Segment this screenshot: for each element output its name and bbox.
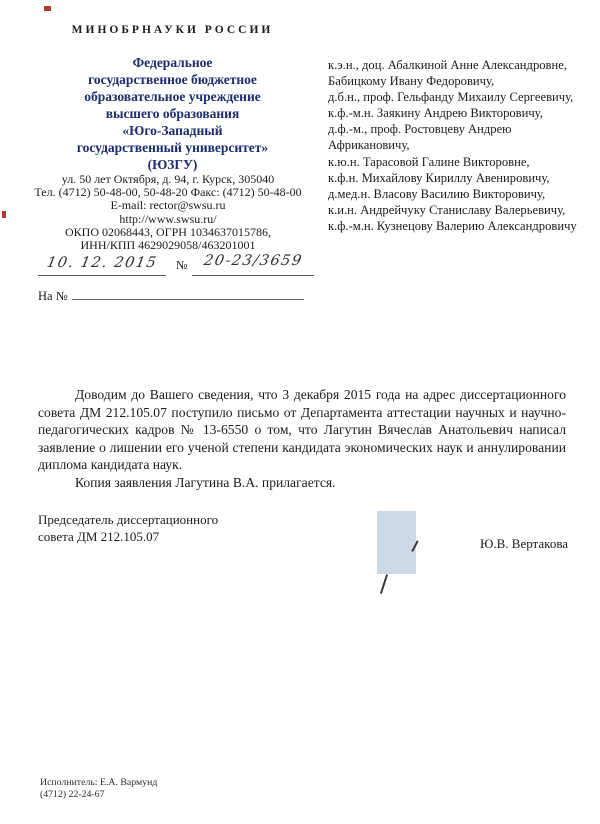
number-sign: № bbox=[176, 258, 187, 273]
signature-title: Председатель диссертационного совета ДМ … bbox=[38, 511, 278, 545]
handwritten-number-text: 20-23/3659 bbox=[202, 253, 303, 269]
recipient-line: к.ф.-м.н. Кузнецову Валерию Александрови… bbox=[328, 218, 590, 234]
address-block: ул. 50 лет Октября, д. 94, г. Курск, 305… bbox=[18, 173, 318, 252]
scan-mark-left bbox=[2, 211, 6, 218]
body-paragraph-1: Доводим до Вашего сведения, что 3 декабр… bbox=[38, 386, 566, 474]
executor-phone: (4712) 22-24-67 bbox=[40, 789, 157, 801]
university-line: Федеральное bbox=[30, 54, 315, 71]
recipient-line: д.ф.-м., проф. Ростовцеву Андрею bbox=[328, 121, 590, 137]
signature-redaction-box bbox=[377, 511, 416, 574]
executor-block: Исполнитель: Е.А. Вармунд (4712) 22-24-6… bbox=[40, 777, 157, 800]
letter-body: Доводим до Вашего сведения, что 3 декабр… bbox=[38, 386, 566, 491]
handwritten-date: 10. 12. 2015 bbox=[38, 254, 166, 276]
reply-blank-line bbox=[72, 286, 304, 300]
executor-name: Исполнитель: Е.А. Вармунд bbox=[40, 777, 157, 789]
handwritten-date-text: 10. 12. 2015 bbox=[45, 255, 158, 271]
recipients-list: к.э.н., доц. Абалкиной Анне Александровн… bbox=[328, 57, 590, 234]
university-line: «Юго-Западный bbox=[30, 122, 315, 139]
recipient-line: к.ф.н. Михайлову Кириллу Авенировичу, bbox=[328, 170, 590, 186]
reply-label: На № bbox=[38, 289, 68, 303]
signature-title-line: Председатель диссертационного bbox=[38, 511, 278, 528]
recipient-line: к.ф.-м.н. Заякину Андрею Викторовичу, bbox=[328, 105, 590, 121]
university-line: высшего образования bbox=[30, 105, 315, 122]
recipient-line: д.б.н., проф. Гельфанду Михаилу Сергееви… bbox=[328, 89, 590, 105]
recipient-line: к.ю.н. Тарасовой Галине Викторовне, bbox=[328, 154, 590, 170]
address-line: http://www.swsu.ru/ bbox=[18, 213, 318, 226]
university-line: (ЮЗГУ) bbox=[30, 156, 315, 173]
signatory-name: Ю.В. Вертакова bbox=[480, 536, 568, 552]
recipient-line: д.мед.н. Власову Василию Викторовичу, bbox=[328, 186, 590, 202]
university-line: государственное бюджетное bbox=[30, 71, 315, 88]
letter-page: МИНОБРНАУКИ РОССИИ Федеральное государст… bbox=[0, 0, 600, 824]
recipient-line: к.и.н. Андрейчуку Станиславу Валерьевичу… bbox=[328, 202, 590, 218]
ministry-heading: МИНОБРНАУКИ РОССИИ bbox=[35, 24, 310, 36]
handwritten-number: 20-23/3659 bbox=[192, 252, 314, 276]
reply-reference-row: На № bbox=[38, 286, 310, 304]
address-line: E-mail: rector@swsu.ru bbox=[18, 199, 318, 212]
address-line: ИНН/КПП 4629029058/463201001 bbox=[18, 239, 318, 252]
body-paragraph-2: Копия заявления Лагутина В.А. прилагаетс… bbox=[38, 474, 566, 492]
recipient-line: к.э.н., доц. Абалкиной Анне Александровн… bbox=[328, 57, 590, 73]
university-line: государственный университет» bbox=[30, 139, 315, 156]
university-name-block: Федеральное государственное бюджетное об… bbox=[30, 54, 315, 173]
recipient-line: Африкановичу, bbox=[328, 137, 590, 153]
recipient-line: Бабицкому Ивану Федоровичу, bbox=[328, 73, 590, 89]
scan-mark-top bbox=[44, 6, 51, 11]
pen-stroke bbox=[380, 574, 388, 593]
university-line: образовательное учреждение bbox=[30, 88, 315, 105]
reference-row: 10. 12. 2015 № 20-23/3659 bbox=[30, 252, 315, 278]
signature-title-line: совета ДМ 212.105.07 bbox=[38, 528, 278, 545]
